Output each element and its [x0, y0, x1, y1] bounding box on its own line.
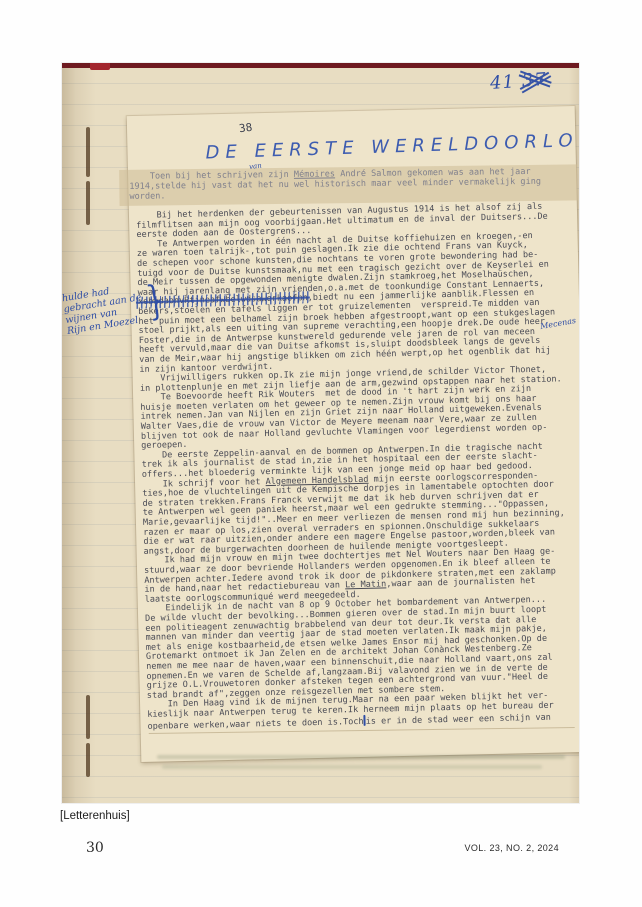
- page-number-41: 41: [489, 71, 515, 94]
- page-number: 30: [86, 840, 104, 856]
- ghost-text-line: [157, 755, 565, 759]
- typed-sheet-number: 38: [238, 121, 253, 136]
- binding-thread: [86, 695, 90, 739]
- notebook-binding-edge: [62, 63, 579, 68]
- binding-thread: [86, 743, 90, 777]
- marginalia-brace: }: [144, 280, 167, 322]
- pasted-carbon-strip: Toen bij het schrijvenvan zijn Mémoires …: [119, 164, 577, 206]
- image-credit-caption: [Letterenhuis]: [60, 810, 130, 822]
- notebook-binding-notch: [90, 63, 110, 70]
- ghost-text-line: [162, 765, 542, 769]
- typescript-sheet: 38 DE EERSTE WERELDOORLOG. Toen bij het …: [127, 106, 579, 762]
- manuscript-scan: 4137 38 DE EERSTE WERELDOORLOG. Toen bij…: [62, 63, 579, 803]
- handwritten-title: DE EERSTE WERELDOORLOG.: [205, 129, 579, 163]
- pen-stroke: [364, 715, 366, 726]
- issue-info: VOL. 23, NO. 2, 2024: [464, 843, 559, 853]
- binding-thread: [86, 127, 90, 177]
- handwritten-page-number: 4137: [489, 69, 547, 94]
- typescript-text: Bij het herdenken der gebeurtenissen van…: [136, 202, 579, 733]
- binding-thread: [86, 181, 90, 225]
- crossed-out-number: 37: [521, 69, 547, 92]
- faded-paragraph: Toen bij het schrijvenvan zijn Mémoires …: [129, 166, 577, 202]
